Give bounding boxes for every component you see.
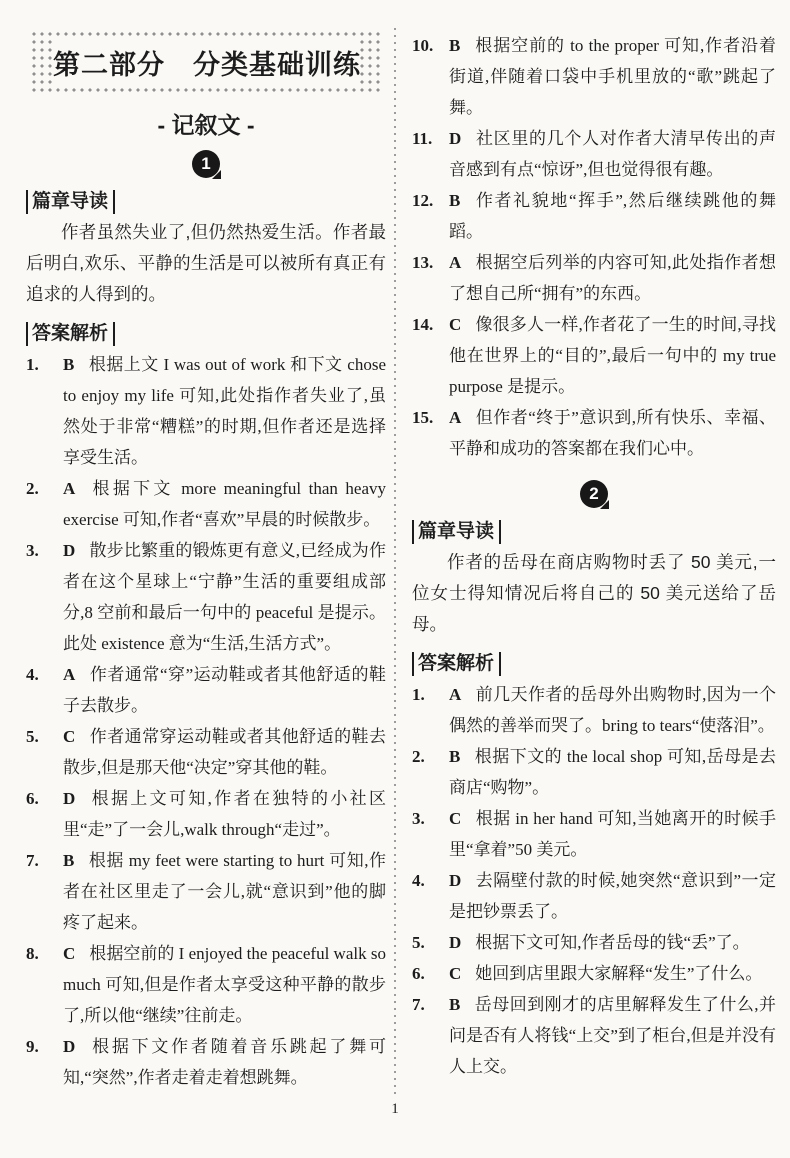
answer-body: B岳母回到刚才的店里解释发生了什么,并问是否有人将钱“上交”到了柜台,但是并没有… (449, 989, 776, 1082)
passage-2-badge: 2 (580, 480, 608, 508)
answer-choice-letter: B (449, 191, 460, 210)
part-title: 第二部分 分类基础训练 (56, 39, 358, 85)
answers-header-1-label: 答案解析 (26, 322, 115, 346)
answer-explanation: 根据下文可知,作者岳母的钱“丢”了。 (475, 933, 749, 952)
answer-explanation: 根据空前的 I enjoyed the peaceful walk so muc… (63, 944, 386, 1025)
answer-body: A根据空后列举的内容可知,此处指作者想了想自己所“拥有”的东西。 (449, 247, 776, 309)
answer-number: 3. (26, 535, 63, 659)
answer-body: C作者通常穿运动鞋或者其他舒适的鞋去散步,但是那天他“决定”穿其他的鞋。 (63, 721, 386, 783)
answer-choice-letter: C (449, 809, 461, 828)
answer-body: B根据空前的 to the proper 可知,作者沿着街道,伴随着口袋中手机里… (449, 30, 776, 123)
answer-choice-letter: B (449, 36, 460, 55)
answer-body: C她回到店里跟大家解释“发生”了什么。 (449, 958, 776, 989)
answer-item: 2. B根据下文的 the local shop 可知,岳母是去商店“购物”。 (412, 741, 776, 803)
answer-choice-letter: D (63, 541, 75, 560)
answer-body: A根据下文 more meaningful than heavy exercis… (63, 473, 386, 535)
answer-choice-letter: B (63, 851, 74, 870)
answer-item: 2. A根据下文 more meaningful than heavy exer… (26, 473, 386, 535)
answer-item: 5. D根据下文可知,作者岳母的钱“丢”了。 (412, 927, 776, 958)
answers-list-passage1-continued: 10. B根据空前的 to the proper 可知,作者沿着街道,伴随着口袋… (412, 30, 776, 464)
answer-body: D社区里的几个人对作者大清早传出的声音感到有点“惊讶”,但也觉得很有趣。 (449, 123, 776, 185)
answer-explanation: 前几天作者的岳母外出购物时,因为一个偶然的善举而哭了。bring to tear… (449, 685, 776, 735)
left-column: 第二部分 分类基础训练 - 记叙文 - 1 篇章导读 作者虽然失业了,但仍然热爱… (26, 26, 386, 1094)
answer-explanation: 根据下文 more meaningful than heavy exercise… (63, 479, 386, 529)
answer-number: 15. (412, 402, 449, 464)
intro-paragraph-2: 作者的岳母在商店购物时丢了 50 美元,一位女士得知情况后将自己的 50 美元送… (412, 547, 776, 640)
answer-body: A前几天作者的岳母外出购物时,因为一个偶然的善举而哭了。bring to tea… (449, 679, 776, 741)
answer-number: 10. (412, 30, 449, 123)
answer-choice-letter: D (63, 1037, 75, 1056)
page-content: 第二部分 分类基础训练 - 记叙文 - 1 篇章导读 作者虽然失业了,但仍然热爱… (0, 0, 790, 1094)
passage-2-badge-number: 2 (589, 484, 598, 504)
answer-explanation: 根据 in her hand 可知,当她离开的时候手里“拿着”50 美元。 (449, 809, 776, 859)
answers-list-passage1: 1. B根据上文 I was out of work 和下文 chose to … (26, 349, 386, 1093)
answer-item: 7. B岳母回到刚才的店里解释发生了什么,并问是否有人将钱“上交”到了柜台,但是… (412, 989, 776, 1082)
answer-choice-letter: A (449, 408, 461, 427)
intro-paragraph-1: 作者虽然失业了,但仍然热爱生活。作者最后明白,欢乐、平静的生活是可以被所有真正有… (26, 217, 386, 310)
answer-body: B根据下文的 the local shop 可知,岳母是去商店“购物”。 (449, 741, 776, 803)
answer-number: 5. (412, 927, 449, 958)
answers-header-2-label: 答案解析 (412, 652, 501, 676)
answer-item: 8. C根据空前的 I enjoyed the peaceful walk so… (26, 938, 386, 1031)
answer-number: 6. (26, 783, 63, 845)
answer-choice-letter: D (449, 933, 461, 952)
answer-choice-letter: A (63, 479, 75, 498)
answer-item: 1. B根据上文 I was out of work 和下文 chose to … (26, 349, 386, 473)
answer-item: 4. A作者通常“穿”运动鞋或者其他舒适的鞋子去散步。 (26, 659, 386, 721)
answer-number: 2. (412, 741, 449, 803)
intro-header-1-label: 篇章导读 (26, 190, 115, 214)
answer-body: D去隔壁付款的时候,她突然“意识到”一定是把钞票丢了。 (449, 865, 776, 927)
answer-number: 6. (412, 958, 449, 989)
answer-body: D根据下文作者随着音乐跳起了舞可知,“突然”,作者走着走着想跳舞。 (63, 1031, 386, 1093)
answer-choice-letter: D (63, 789, 75, 808)
answer-body: C根据 in her hand 可知,当她离开的时候手里“拿着”50 美元。 (449, 803, 776, 865)
column-divider (394, 28, 396, 1094)
answer-choice-letter: B (449, 995, 460, 1014)
answer-number: 13. (412, 247, 449, 309)
answer-explanation: 根据 my feet were starting to hurt 可知,作者在社… (63, 851, 386, 932)
answer-explanation: 作者通常穿运动鞋或者其他舒适的鞋去散步,但是那天他“决定”穿其他的鞋。 (63, 727, 386, 777)
answer-number: 2. (26, 473, 63, 535)
answer-item: 6. D根据上文可知,作者在独特的小社区里“走”了一会儿,walk throug… (26, 783, 386, 845)
answer-explanation: 根据下文作者随着音乐跳起了舞可知,“突然”,作者走着走着想跳舞。 (63, 1037, 386, 1087)
answer-item: 12. B作者礼貌地“挥手”,然后继续跳他的舞蹈。 (412, 185, 776, 247)
answer-number: 1. (26, 349, 63, 473)
answer-explanation: 像很多人一样,作者花了一生的时间,寻找他在世界上的“目的”,最后一句中的 my … (449, 315, 776, 396)
answer-number: 7. (412, 989, 449, 1082)
answer-choice-letter: C (449, 964, 461, 983)
answer-number: 3. (412, 803, 449, 865)
answer-number: 11. (412, 123, 449, 185)
answer-number: 7. (26, 845, 63, 938)
answer-explanation: 根据上文 I was out of work 和下文 chose to enjo… (63, 355, 386, 467)
answer-body: D根据上文可知,作者在独特的小社区里“走”了一会儿,walk through“走… (63, 783, 386, 845)
answer-choice-letter: D (449, 129, 461, 148)
answer-choice-letter: C (63, 727, 75, 746)
answer-number: 1. (412, 679, 449, 741)
answer-explanation: 根据上文可知,作者在独特的小社区里“走”了一会儿,walk through“走过… (63, 789, 386, 839)
answer-choice-letter: C (63, 944, 75, 963)
answer-item: 3. D散步比繁重的锻炼更有意义,已经成为作者在这个星球上“宁静”生活的重要组成… (26, 535, 386, 659)
answer-body: D散步比繁重的锻炼更有意义,已经成为作者在这个星球上“宁静”生活的重要组成部分,… (63, 535, 386, 659)
answer-item: 11. D社区里的几个人对作者大清早传出的声音感到有点“惊讶”,但也觉得很有趣。 (412, 123, 776, 185)
answer-number: 4. (412, 865, 449, 927)
answer-choice-letter: A (449, 685, 461, 704)
answer-number: 5. (26, 721, 63, 783)
answer-number: 12. (412, 185, 449, 247)
part-title-banner: 第二部分 分类基础训练 (30, 30, 384, 94)
answer-choice-letter: B (449, 747, 460, 766)
intro-header-2: 篇章导读 (412, 516, 776, 543)
answer-body: A作者通常“穿”运动鞋或者其他舒适的鞋子去散步。 (63, 659, 386, 721)
answer-choice-letter: B (63, 355, 74, 374)
answer-explanation: 她回到店里跟大家解释“发生”了什么。 (475, 964, 762, 983)
answer-choice-letter: D (449, 871, 461, 890)
answers-list-passage2: 1. A前几天作者的岳母外出购物时,因为一个偶然的善举而哭了。bring to … (412, 679, 776, 1082)
answer-body: D根据下文可知,作者岳母的钱“丢”了。 (449, 927, 776, 958)
page-number: 1 (0, 1101, 790, 1118)
passage-1-badge-number: 1 (201, 154, 210, 174)
answer-item: 4. D去隔壁付款的时候,她突然“意识到”一定是把钞票丢了。 (412, 865, 776, 927)
answer-item: 7. B根据 my feet were starting to hurt 可知,… (26, 845, 386, 938)
answer-number: 4. (26, 659, 63, 721)
answer-body: A但作者“终于”意识到,所有快乐、幸福、平静和成功的答案都在我们心中。 (449, 402, 776, 464)
answer-explanation: 根据空前的 to the proper 可知,作者沿着街道,伴随着口袋中手机里放… (449, 36, 776, 117)
passage-1-badge: 1 (192, 150, 220, 178)
answers-header-1: 答案解析 (26, 318, 386, 345)
intro-header-2-label: 篇章导读 (412, 520, 501, 544)
answer-choice-letter: C (449, 315, 461, 334)
genre-title: - 记叙文 - (26, 107, 386, 140)
workbook-page: 第二部分 分类基础训练 - 记叙文 - 1 篇章导读 作者虽然失业了,但仍然热爱… (0, 0, 790, 1158)
answer-item: 15. A但作者“终于”意识到,所有快乐、幸福、平静和成功的答案都在我们心中。 (412, 402, 776, 464)
answer-explanation: 根据下文的 the local shop 可知,岳母是去商店“购物”。 (449, 747, 776, 797)
answer-item: 9. D根据下文作者随着音乐跳起了舞可知,“突然”,作者走着走着想跳舞。 (26, 1031, 386, 1093)
answer-body: C像很多人一样,作者花了一生的时间,寻找他在世界上的“目的”,最后一句中的 my… (449, 309, 776, 402)
answer-explanation: 但作者“终于”意识到,所有快乐、幸福、平静和成功的答案都在我们心中。 (449, 408, 776, 458)
answer-body: C根据空前的 I enjoyed the peaceful walk so mu… (63, 938, 386, 1031)
answer-item: 14. C像很多人一样,作者花了一生的时间,寻找他在世界上的“目的”,最后一句中… (412, 309, 776, 402)
answer-explanation: 社区里的几个人对作者大清早传出的声音感到有点“惊讶”,但也觉得很有趣。 (449, 129, 776, 179)
answer-explanation: 岳母回到刚才的店里解释发生了什么,并问是否有人将钱“上交”到了柜台,但是并没有人… (449, 995, 776, 1076)
right-column: 10. B根据空前的 to the proper 可知,作者沿着街道,伴随着口袋… (400, 26, 776, 1094)
answer-item: 5. C作者通常穿运动鞋或者其他舒适的鞋去散步,但是那天他“决定”穿其他的鞋。 (26, 721, 386, 783)
answer-body: B根据上文 I was out of work 和下文 chose to enj… (63, 349, 386, 473)
answer-item: 10. B根据空前的 to the proper 可知,作者沿着街道,伴随着口袋… (412, 30, 776, 123)
answer-explanation: 作者礼貌地“挥手”,然后继续跳他的舞蹈。 (449, 191, 776, 241)
answer-number: 9. (26, 1031, 63, 1093)
answer-item: 1. A前几天作者的岳母外出购物时,因为一个偶然的善举而哭了。bring to … (412, 679, 776, 741)
answer-item: 6. C她回到店里跟大家解释“发生”了什么。 (412, 958, 776, 989)
answer-explanation: 根据空后列举的内容可知,此处指作者想了想自己所“拥有”的东西。 (449, 253, 776, 303)
answer-body: B根据 my feet were starting to hurt 可知,作者在… (63, 845, 386, 938)
intro-header-1: 篇章导读 (26, 186, 386, 213)
answer-explanation: 散步比繁重的锻炼更有意义,已经成为作者在这个星球上“宁静”生活的重要组成部分,8… (63, 541, 386, 653)
answer-choice-letter: A (63, 665, 75, 684)
answer-explanation: 作者通常“穿”运动鞋或者其他舒适的鞋子去散步。 (63, 665, 386, 715)
answer-item: 13. A根据空后列举的内容可知,此处指作者想了想自己所“拥有”的东西。 (412, 247, 776, 309)
answers-header-2: 答案解析 (412, 648, 776, 675)
answer-number: 8. (26, 938, 63, 1031)
answer-explanation: 去隔壁付款的时候,她突然“意识到”一定是把钞票丢了。 (449, 871, 776, 921)
answer-body: B作者礼貌地“挥手”,然后继续跳他的舞蹈。 (449, 185, 776, 247)
answer-item: 3. C根据 in her hand 可知,当她离开的时候手里“拿着”50 美元… (412, 803, 776, 865)
answer-choice-letter: A (449, 253, 461, 272)
answer-number: 14. (412, 309, 449, 402)
